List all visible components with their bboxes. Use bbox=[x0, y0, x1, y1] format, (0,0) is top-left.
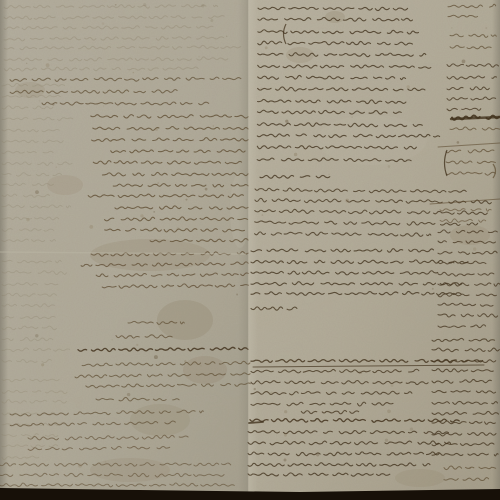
speck bbox=[213, 125, 214, 126]
speck bbox=[462, 60, 466, 64]
speck bbox=[39, 100, 41, 102]
manuscript-scan bbox=[0, 0, 500, 500]
speck bbox=[359, 371, 362, 374]
speck bbox=[254, 388, 256, 390]
speck bbox=[270, 392, 273, 395]
speck bbox=[351, 116, 353, 118]
speck bbox=[226, 36, 227, 37]
speck bbox=[284, 459, 287, 462]
speck bbox=[285, 120, 288, 123]
speck bbox=[485, 27, 487, 29]
speck bbox=[56, 166, 58, 168]
speck bbox=[41, 363, 44, 366]
speck bbox=[35, 190, 39, 194]
speck bbox=[136, 344, 138, 346]
speck bbox=[201, 4, 204, 7]
speck bbox=[52, 103, 54, 105]
speck bbox=[260, 87, 262, 89]
speck bbox=[26, 63, 27, 64]
nb-dash bbox=[249, 422, 263, 423]
speck bbox=[451, 27, 452, 28]
speck bbox=[143, 3, 146, 6]
speck bbox=[193, 362, 196, 365]
speck bbox=[46, 63, 50, 67]
speck bbox=[200, 365, 202, 367]
speck bbox=[236, 294, 238, 296]
paper-background bbox=[0, 0, 500, 500]
speck bbox=[294, 153, 297, 156]
speck bbox=[176, 227, 179, 230]
speck bbox=[337, 124, 339, 126]
speck bbox=[281, 262, 282, 263]
right-edge-shadow bbox=[492, 0, 500, 500]
stain-9 bbox=[90, 458, 170, 482]
speck bbox=[210, 19, 213, 22]
speck bbox=[154, 355, 158, 359]
speck bbox=[78, 464, 82, 468]
speck bbox=[198, 56, 200, 58]
speck bbox=[387, 409, 391, 413]
speck bbox=[133, 72, 135, 74]
speck bbox=[469, 467, 471, 469]
speck bbox=[105, 461, 107, 463]
speck bbox=[157, 182, 159, 184]
speck bbox=[103, 105, 104, 106]
speck bbox=[184, 360, 186, 362]
stain-1 bbox=[157, 300, 213, 340]
speck bbox=[127, 393, 130, 396]
speck bbox=[26, 218, 29, 221]
speck bbox=[459, 110, 461, 112]
speck bbox=[284, 433, 287, 436]
speck bbox=[140, 214, 143, 217]
speck bbox=[328, 174, 329, 175]
stain-6 bbox=[325, 11, 345, 23]
speck bbox=[110, 264, 112, 266]
speck bbox=[205, 188, 208, 191]
speck bbox=[457, 141, 460, 144]
speck bbox=[115, 4, 117, 6]
stain-2 bbox=[183, 356, 227, 384]
stain-3 bbox=[130, 404, 190, 436]
speck bbox=[385, 439, 388, 442]
speck bbox=[284, 410, 287, 413]
speck bbox=[452, 283, 454, 285]
stain-12 bbox=[317, 115, 427, 165]
speck bbox=[185, 199, 187, 201]
speck bbox=[406, 85, 409, 88]
speck bbox=[388, 165, 391, 168]
speck bbox=[111, 339, 112, 340]
manuscript-svg bbox=[0, 0, 500, 500]
speck bbox=[35, 334, 38, 337]
speck bbox=[89, 225, 93, 229]
speck bbox=[391, 384, 394, 387]
speck bbox=[432, 288, 434, 290]
speck bbox=[153, 211, 155, 213]
speck bbox=[316, 453, 319, 456]
speck bbox=[473, 247, 476, 250]
speck bbox=[265, 46, 268, 49]
speck bbox=[262, 214, 264, 216]
speck bbox=[155, 128, 158, 131]
speck bbox=[410, 428, 413, 431]
speck bbox=[345, 199, 349, 203]
speck bbox=[102, 22, 104, 24]
stain-8 bbox=[395, 469, 445, 487]
